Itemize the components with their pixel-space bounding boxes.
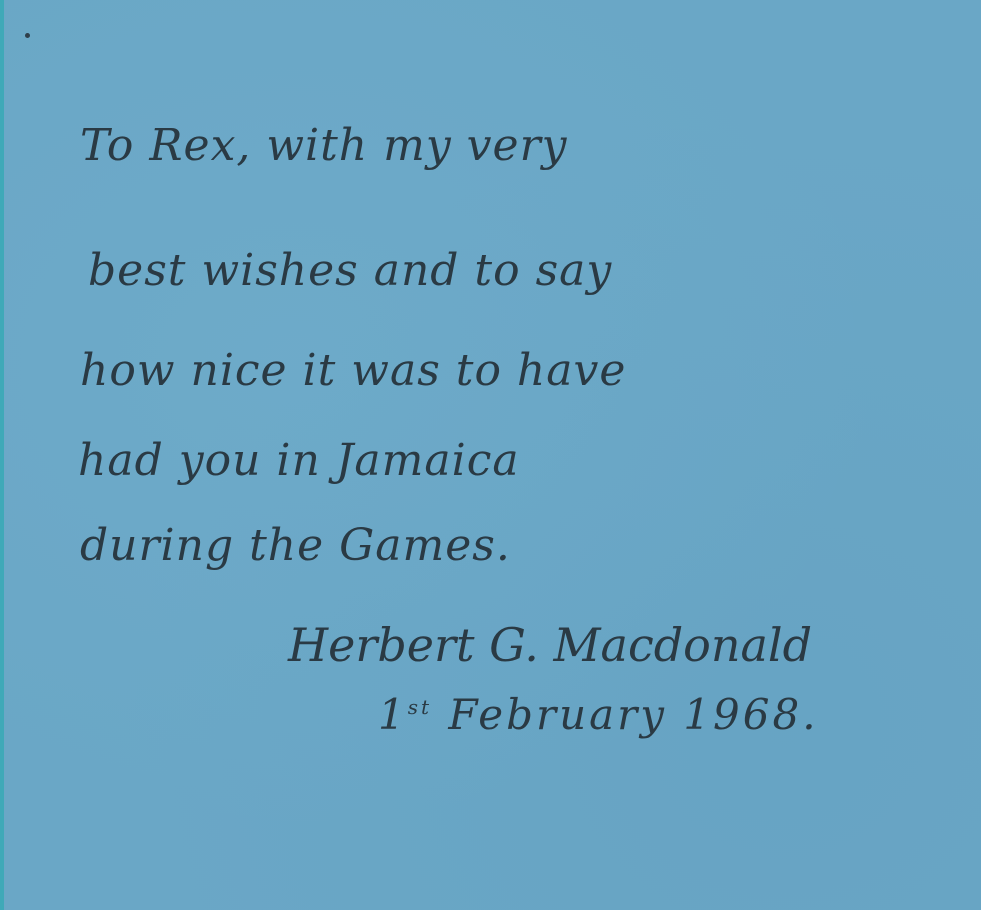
date-day: 1 (378, 690, 408, 739)
note-line-5: during the Games. (80, 520, 511, 571)
note-line-2: best wishes and to say (88, 245, 612, 296)
signature: Herbert G. Macdonald (288, 618, 812, 672)
note-line-4: had you in Jamaica (78, 435, 520, 486)
note-line-3: how nice it was to have (80, 345, 626, 396)
note-line-1: To Rex, with my very (80, 120, 567, 171)
date: 1st February 1968. (378, 690, 819, 739)
date-month-year: February 1968. (448, 690, 818, 739)
date-ordinal: st (408, 695, 432, 719)
paper-left-edge (0, 0, 4, 910)
note-paper: To Rex, with my very best wishes and to … (0, 0, 981, 910)
ink-speck (25, 33, 30, 38)
